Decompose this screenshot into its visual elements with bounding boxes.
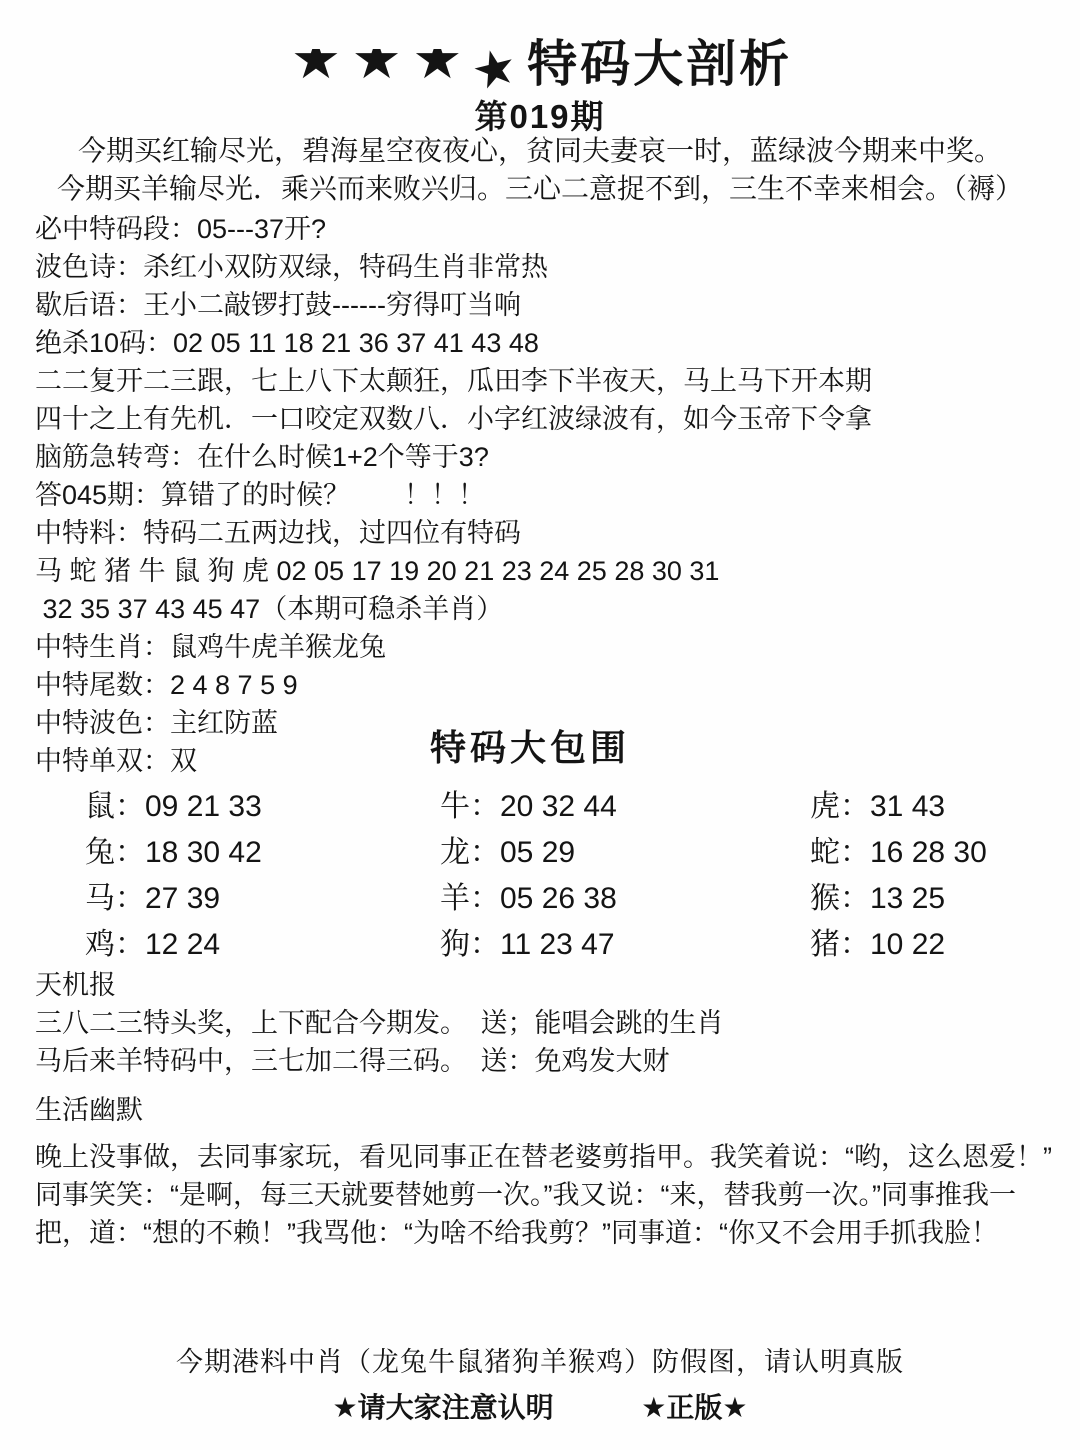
footer-note: 今期港料中肖（龙兔牛鼠猪狗羊猴鸡）防假图，请认明真版	[0, 1340, 1080, 1379]
star-icon: ★	[352, 49, 402, 85]
tianjibao-line-1: 三八二三特头奖，上下配合今期发。 送；能唱会跳的生肖	[35, 1004, 724, 1042]
humor-line-3: 把，道：“想的不赖！”我骂他：“为啥不给我剪？”同事道：“你又不会用手抓我脸！	[35, 1214, 1050, 1252]
poem-line-1: 今期买红输尽光，碧海星空夜夜心，贫同夫妻哀一时，蓝绿波今期来中奖。	[0, 132, 1080, 170]
star-icon: ★	[412, 49, 462, 85]
line-zodiac-numbers-1: 马 蛇 猪 牛 鼠 狗 虎 02 05 17 19 20 21 23 24 25…	[35, 552, 872, 590]
zodiac-cell-rooster: 鸡：12 24	[85, 922, 440, 968]
footer-attention-label: ★请大家注意认明	[333, 1392, 554, 1423]
line-da-045: 答045期：算错了的时候？ ！！！	[35, 476, 872, 514]
tip-lines: 必中特码段：05---37开? 波色诗：杀红小双防双绿，特码生肖非常热 歇后语：…	[35, 210, 872, 780]
zodiac-cell-dog: 狗：11 23 47	[440, 922, 810, 968]
line-xiehouyu: 歇后语：王小二敲锣打鼓------穷得叮当响	[35, 286, 872, 324]
page-title: 特码大剖析	[527, 36, 792, 92]
zodiac-grid: 鼠：09 21 33 牛：20 32 44 虎：31 43 兔：18 30 42…	[85, 784, 1045, 968]
poem-line-2: 今期买羊输尽光．乘兴而来败兴归。三心二意捉不到，三生不幸来相会。（褥）	[0, 170, 1080, 208]
line-naojin-jizhuanwan: 脑筋急转弯：在什么时候1+2个等于3?	[35, 438, 872, 476]
zodiac-cell-tiger: 虎：31 43	[810, 784, 1045, 830]
tianjibao-section: 天机报 三八二三特头奖，上下配合今期发。 送；能唱会跳的生肖 马后来羊特码中，三…	[35, 966, 724, 1080]
zodiac-cell-ox: 牛：20 32 44	[440, 784, 810, 830]
zodiac-cell-horse: 马：27 39	[85, 876, 440, 922]
issue-number: 第019期	[0, 91, 1080, 138]
humor-heading: 生活幽默	[35, 1091, 143, 1129]
line-juesha-10ma: 绝杀10码：02 05 11 18 21 36 37 41 43 48	[35, 324, 872, 362]
poem-block: 今期买红输尽光，碧海星空夜夜心，贫同夫妻哀一时，蓝绿波今期来中奖。 今期买羊输尽…	[0, 132, 1080, 208]
zodiac-cell-snake: 蛇：16 28 30	[810, 830, 1045, 876]
line-zhongteliao: 中特料：特码二五两边找，过四位有特码	[35, 514, 872, 552]
humor-line-1: 晚上没事做，去同事家玩，看见同事正在替老婆剪指甲。我笑着说：“哟，这么恩爱！”	[35, 1138, 1050, 1176]
line-verse-1: 二二复开二三跟，七上八下太颠狂，瓜田李下半夜天，马上马下开本期	[35, 362, 872, 400]
tianjibao-heading: 天机报	[35, 966, 724, 1004]
star-icon: ★	[291, 49, 341, 85]
humor-line-2: 同事笑笑：“是啊，每三天就要替她剪一次。”我又说：“来，替我剪一次。”同事推我一	[35, 1176, 1050, 1214]
zodiac-cell-dragon: 龙：05 29	[440, 830, 810, 876]
zodiac-cell-goat: 羊：05 26 38	[440, 876, 810, 922]
tianjibao-line-2: 马后来羊特码中，三七加二得三码。 送：免鸡发大财	[35, 1042, 724, 1080]
lottery-tip-sheet: ★ ★ ★ ★ 特码大剖析 第019期 今期买红输尽光，碧海星空夜夜心，贫同夫妻…	[0, 0, 1080, 1450]
line-zodiac-numbers-2: 32 35 37 43 45 47（本期可稳杀羊肖）	[35, 590, 872, 628]
footer-authenticity-row: ★请大家注意认明 ★正版★	[0, 1386, 1080, 1426]
line-zhongte-weishu: 中特尾数：2 4 8 7 5 9	[35, 666, 872, 704]
baowei-heading: 特码大包围	[430, 720, 630, 771]
line-verse-2: 四十之上有先机．一口咬定双数八．小字红波绿波有，如今玉帝下令拿	[35, 400, 872, 438]
line-bose-shi: 波色诗：杀红小双防双绿，特码生肖非常热	[35, 248, 872, 286]
footer-genuine-label: ★正版★	[641, 1392, 747, 1423]
zodiac-cell-monkey: 猴：13 25	[810, 876, 1045, 922]
zodiac-cell-rat: 鼠：09 21 33	[85, 784, 440, 830]
line-bizhong-tema-duan: 必中特码段：05---37开?	[35, 210, 872, 248]
zodiac-cell-rabbit: 兔：18 30 42	[85, 830, 440, 876]
humor-section: 晚上没事做，去同事家玩，看见同事正在替老婆剪指甲。我笑着说：“哟，这么恩爱！” …	[35, 1138, 1050, 1252]
star-icon: ★	[466, 39, 522, 98]
zodiac-cell-pig: 猪：10 22	[810, 922, 1045, 968]
line-zhongte-shengxiao: 中特生肖：鼠鸡牛虎羊猴龙兔	[35, 628, 872, 666]
page-title-row: ★ ★ ★ ★ 特码大剖析	[0, 24, 1080, 96]
